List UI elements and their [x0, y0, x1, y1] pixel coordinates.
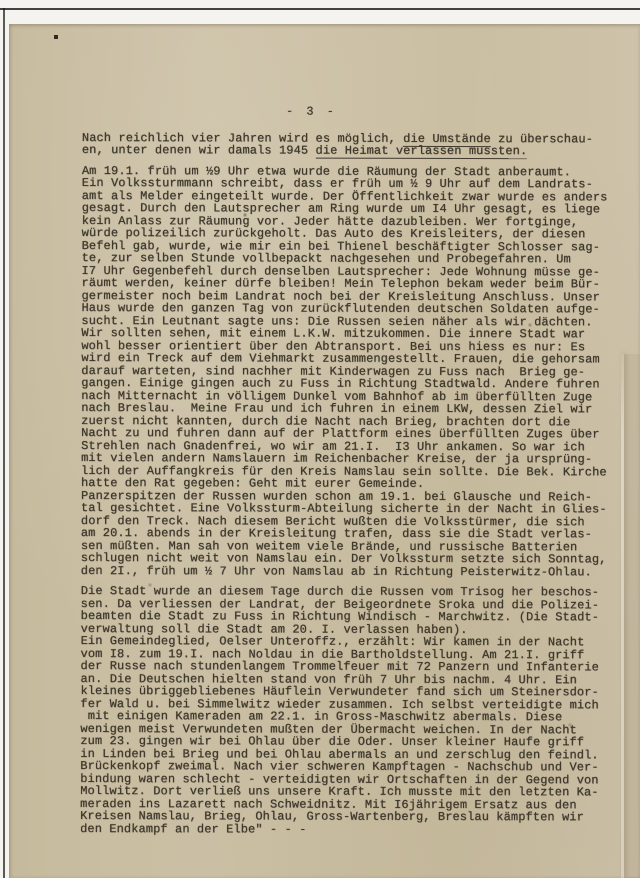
paragraph: Die Stadt wurde an diesem Tage durch die… [80, 585, 621, 836]
paragraph: Am 19.1. früh um ½9 Uhr etwa wurde die R… [81, 164, 622, 578]
text-line: den 2I., früh um ½ 7 Uhr von Namslau ab … [81, 564, 621, 578]
page-number: - 3 - [286, 106, 622, 119]
paragraph: Nach reichlich vier Jahren wird es mögli… [82, 131, 622, 157]
scan-border-left [3, 8, 5, 878]
text-line: den Endkampf an der Elbe" - - - [80, 822, 620, 836]
underlined-text: die Heimat verlassen mussten. [316, 144, 528, 160]
paper-specks [9, 24, 11, 26]
scanned-page: - 3 - Nach reichlich vier Jahren wird es… [0, 0, 640, 878]
page-content: - 3 - Nach reichlich vier Jahren wird es… [80, 105, 622, 836]
paper-edge-crease [621, 354, 624, 878]
text-segment: den 2I., früh um ½ 7 Uhr von Namslau ab … [81, 563, 592, 578]
paper-edge-shade [624, 354, 640, 878]
scan-border-top [0, 8, 640, 10]
text-segment: en, unter denen wir damals 1945 [82, 143, 316, 158]
document-text: Nach reichlich vier Jahren wird es mögli… [80, 131, 622, 836]
text-segment: den Endkampf an der Elbe" - - - [80, 821, 306, 836]
paper-sheet: - 3 - Nach reichlich vier Jahren wird es… [9, 24, 640, 878]
